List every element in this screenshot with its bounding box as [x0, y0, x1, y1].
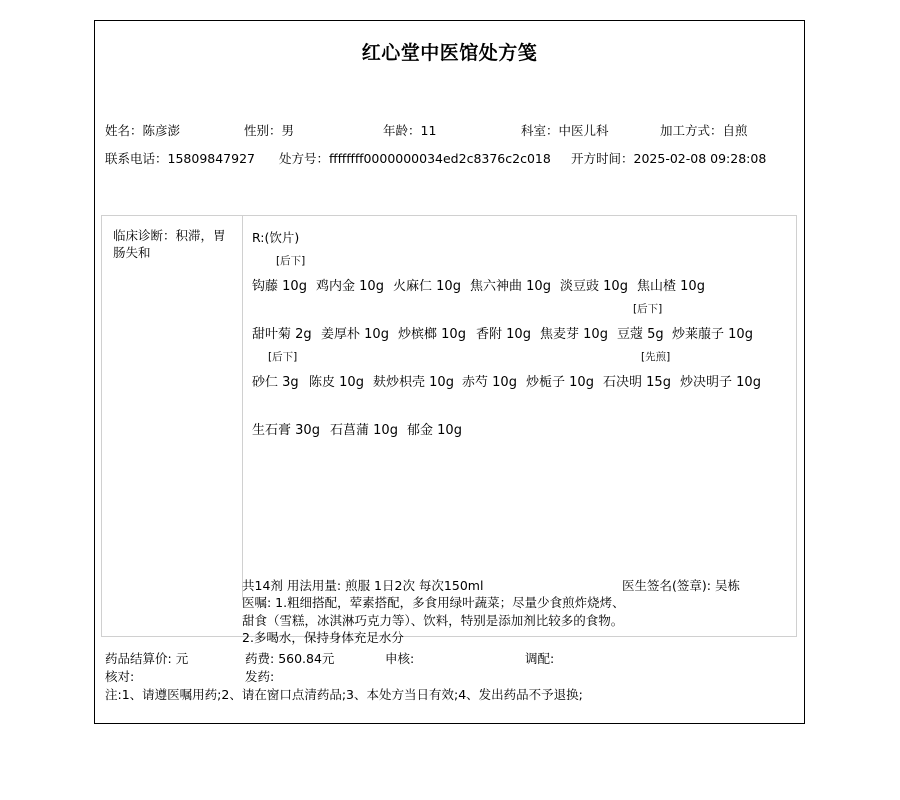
herb-dose: 10g: [373, 423, 398, 438]
department-label: 科室：: [521, 123, 559, 138]
herb-name: 炒决明子: [680, 375, 732, 390]
settlement-value: 元: [176, 651, 189, 666]
herb-item: 炒莱菔子 10g: [672, 323, 753, 342]
herb-item: [后下]钩藤 10g: [252, 275, 307, 294]
phone-value: 15809847927: [168, 151, 255, 166]
fee-label: 药费:: [245, 651, 278, 666]
fee-value: 560.84元: [278, 651, 334, 666]
herb-dose: 10g: [506, 327, 531, 342]
check-field: 核对:: [105, 668, 134, 686]
department-value: 中医儿科: [559, 123, 609, 138]
herb-item: 焦麦芽 10g: [540, 323, 608, 342]
review-field: 申核:: [385, 650, 414, 668]
herb-name: 香附: [476, 327, 502, 342]
rx-type-label: R:(饮片): [252, 228, 299, 246]
herb-name: 炒栀子: [526, 375, 565, 390]
herb-note: [先煎]: [641, 349, 670, 364]
herb-dose: 15g: [646, 375, 671, 390]
patient-age-label: 年龄：: [383, 123, 421, 138]
phone-label: 联系电话：: [105, 151, 168, 166]
diagnosis-label: 临床诊断：: [113, 228, 176, 243]
herb-note: [后下]: [276, 253, 305, 268]
prescription-box: 临床诊断：积滞，胃肠失和 R:(饮片) [后下]钩藤 10g 鸡内金 10g 火…: [101, 215, 797, 637]
herb-name: 炒莱菔子: [672, 327, 724, 342]
signature-label: 医生签名(签章):: [622, 578, 715, 593]
herb-dose: 10g: [569, 375, 594, 390]
herb-item: 姜厚朴 10g: [321, 323, 389, 342]
herb-item: [先煎]石决明 15g: [603, 371, 671, 390]
herb-item: 焦山楂 10g: [637, 275, 705, 294]
doctor-signature: 医生签名(签章): 吴栋: [622, 576, 740, 594]
rx-number-value: ffffffff0000000034ed2c8376c2c018: [329, 151, 551, 166]
herb-name: 麸炒枳壳: [373, 375, 425, 390]
herb-item: 火麻仁 10g: [393, 275, 461, 294]
herb-name: 炒槟榔: [398, 327, 437, 342]
herb-name: 鸡内金: [316, 279, 355, 294]
herb-item: [后下]豆蔻 5g: [617, 323, 664, 342]
medical-advice: 医嘱: 1.粗细搭配，荤素搭配，多食用绿叶蔬菜；尽量少食煎炸烧烤、甜食（雪糕，冰…: [242, 594, 627, 647]
settlement-label: 药品结算价:: [105, 651, 176, 666]
herb-name: 火麻仁: [393, 279, 432, 294]
herb-dose: 10g: [282, 279, 307, 294]
herb-item: 炒栀子 10g: [526, 371, 594, 390]
herb-dose: 10g: [583, 327, 608, 342]
rx-time-label: 开方时间：: [571, 151, 634, 166]
herb-item: 炒槟榔 10g: [398, 323, 466, 342]
fee-field: 药费: 560.84元: [245, 650, 334, 668]
herb-name: 石决明: [603, 375, 642, 390]
column-divider: [242, 216, 243, 600]
herb-dose: 3g: [282, 375, 299, 390]
page-title: 红心堂中医馆处方笺: [95, 38, 804, 65]
herb-dose: 10g: [359, 279, 384, 294]
rx-time-value: 2025-02-08 09:28:08: [634, 151, 767, 166]
herb-item: 石菖蒲 10g: [330, 419, 398, 438]
patient-age-field: 年龄：11: [383, 122, 436, 140]
herb-dose: 10g: [736, 375, 761, 390]
patient-gender-field: 性别：男: [244, 122, 294, 140]
processing-label: 加工方式：: [660, 123, 723, 138]
patient-gender-value: 男: [282, 123, 295, 138]
herb-name: 赤芍: [462, 375, 488, 390]
herb-item: [后下]砂仁 3g: [252, 371, 299, 390]
herb-dose: 10g: [339, 375, 364, 390]
herb-item: 鸡内金 10g: [316, 275, 384, 294]
herb-dose: 30g: [295, 423, 320, 438]
herb-item: 赤芍 10g: [462, 371, 517, 390]
herb-item: 陈皮 10g: [309, 371, 364, 390]
herb-name: 焦麦芽: [540, 327, 579, 342]
herb-dose: 10g: [728, 327, 753, 342]
herb-dose: 5g: [647, 327, 664, 342]
patient-name-value: 陈彦澎: [143, 123, 181, 138]
herb-name: 石菖蒲: [330, 423, 369, 438]
herb-name: 生石膏: [252, 423, 291, 438]
rx-number-field: 处方号：ffffffff0000000034ed2c8376c2c018: [279, 150, 551, 168]
herb-item: 甜叶菊 2g: [252, 323, 312, 342]
usage-instructions: 共14剂 用法用量: 煎服 1日2次 每次150ml: [242, 576, 483, 594]
herb-item: 麸炒枳壳 10g: [373, 371, 454, 390]
patient-name-label: 姓名：: [105, 123, 143, 138]
herb-item: 炒决明子 10g: [680, 371, 761, 390]
phone-field: 联系电话：15809847927: [105, 150, 255, 168]
processing-field: 加工方式：自煎: [660, 122, 748, 140]
processing-value: 自煎: [723, 123, 748, 138]
herb-name: 姜厚朴: [321, 327, 360, 342]
signature-value: 吴栋: [715, 578, 740, 593]
settlement-field: 药品结算价: 元: [105, 650, 188, 668]
herb-dose: 10g: [429, 375, 454, 390]
herb-item: 郁金 10g: [407, 419, 462, 438]
prescription-sheet: 红心堂中医馆处方笺 姓名：陈彦澎 性别：男 年龄：11 科室：中医儿科 加工方式…: [94, 20, 805, 724]
footer-notes: 注:1、请遵医嘱用药;2、请在窗口点清药品;3、本处方当日有效;4、发出药品不予…: [105, 686, 583, 704]
clinical-diagnosis: 临床诊断：积滞，胃肠失和: [113, 227, 235, 261]
rx-number-label: 处方号：: [279, 151, 329, 166]
herb-name: 焦山楂: [637, 279, 676, 294]
patient-name-field: 姓名：陈彦澎: [105, 122, 180, 140]
herb-dose: 10g: [680, 279, 705, 294]
herb-dose: 2g: [295, 327, 312, 342]
herb-item: 焦六神曲 10g: [470, 275, 551, 294]
herb-name: 淡豆豉: [560, 279, 599, 294]
herb-dose: 10g: [526, 279, 551, 294]
herb-dose: 10g: [441, 327, 466, 342]
herb-dose: 10g: [437, 423, 462, 438]
patient-gender-label: 性别：: [244, 123, 282, 138]
herb-name: 砂仁: [252, 375, 278, 390]
herb-note: [后下]: [268, 349, 297, 364]
dispense-field: 调配:: [525, 650, 554, 668]
herb-dose: 10g: [492, 375, 517, 390]
herb-name: 陈皮: [309, 375, 335, 390]
department-field: 科室：中医儿科: [521, 122, 609, 140]
herb-dose: 10g: [364, 327, 389, 342]
rx-time-field: 开方时间：2025-02-08 09:28:08: [571, 150, 766, 168]
herb-item: 生石膏 30g: [252, 419, 320, 438]
herb-name: 钩藤: [252, 279, 278, 294]
issue-field: 发药:: [245, 668, 274, 686]
herb-dose: 10g: [603, 279, 628, 294]
herb-dose: 10g: [436, 279, 461, 294]
herb-item: 香附 10g: [476, 323, 531, 342]
herb-name: 焦六神曲: [470, 279, 522, 294]
herb-name: 郁金: [407, 423, 433, 438]
herb-name: 甜叶菊: [252, 327, 291, 342]
herb-item: 淡豆豉 10g: [560, 275, 628, 294]
herb-note: [后下]: [633, 301, 662, 316]
patient-age-value: 11: [421, 123, 437, 138]
herb-name: 豆蔻: [617, 327, 643, 342]
